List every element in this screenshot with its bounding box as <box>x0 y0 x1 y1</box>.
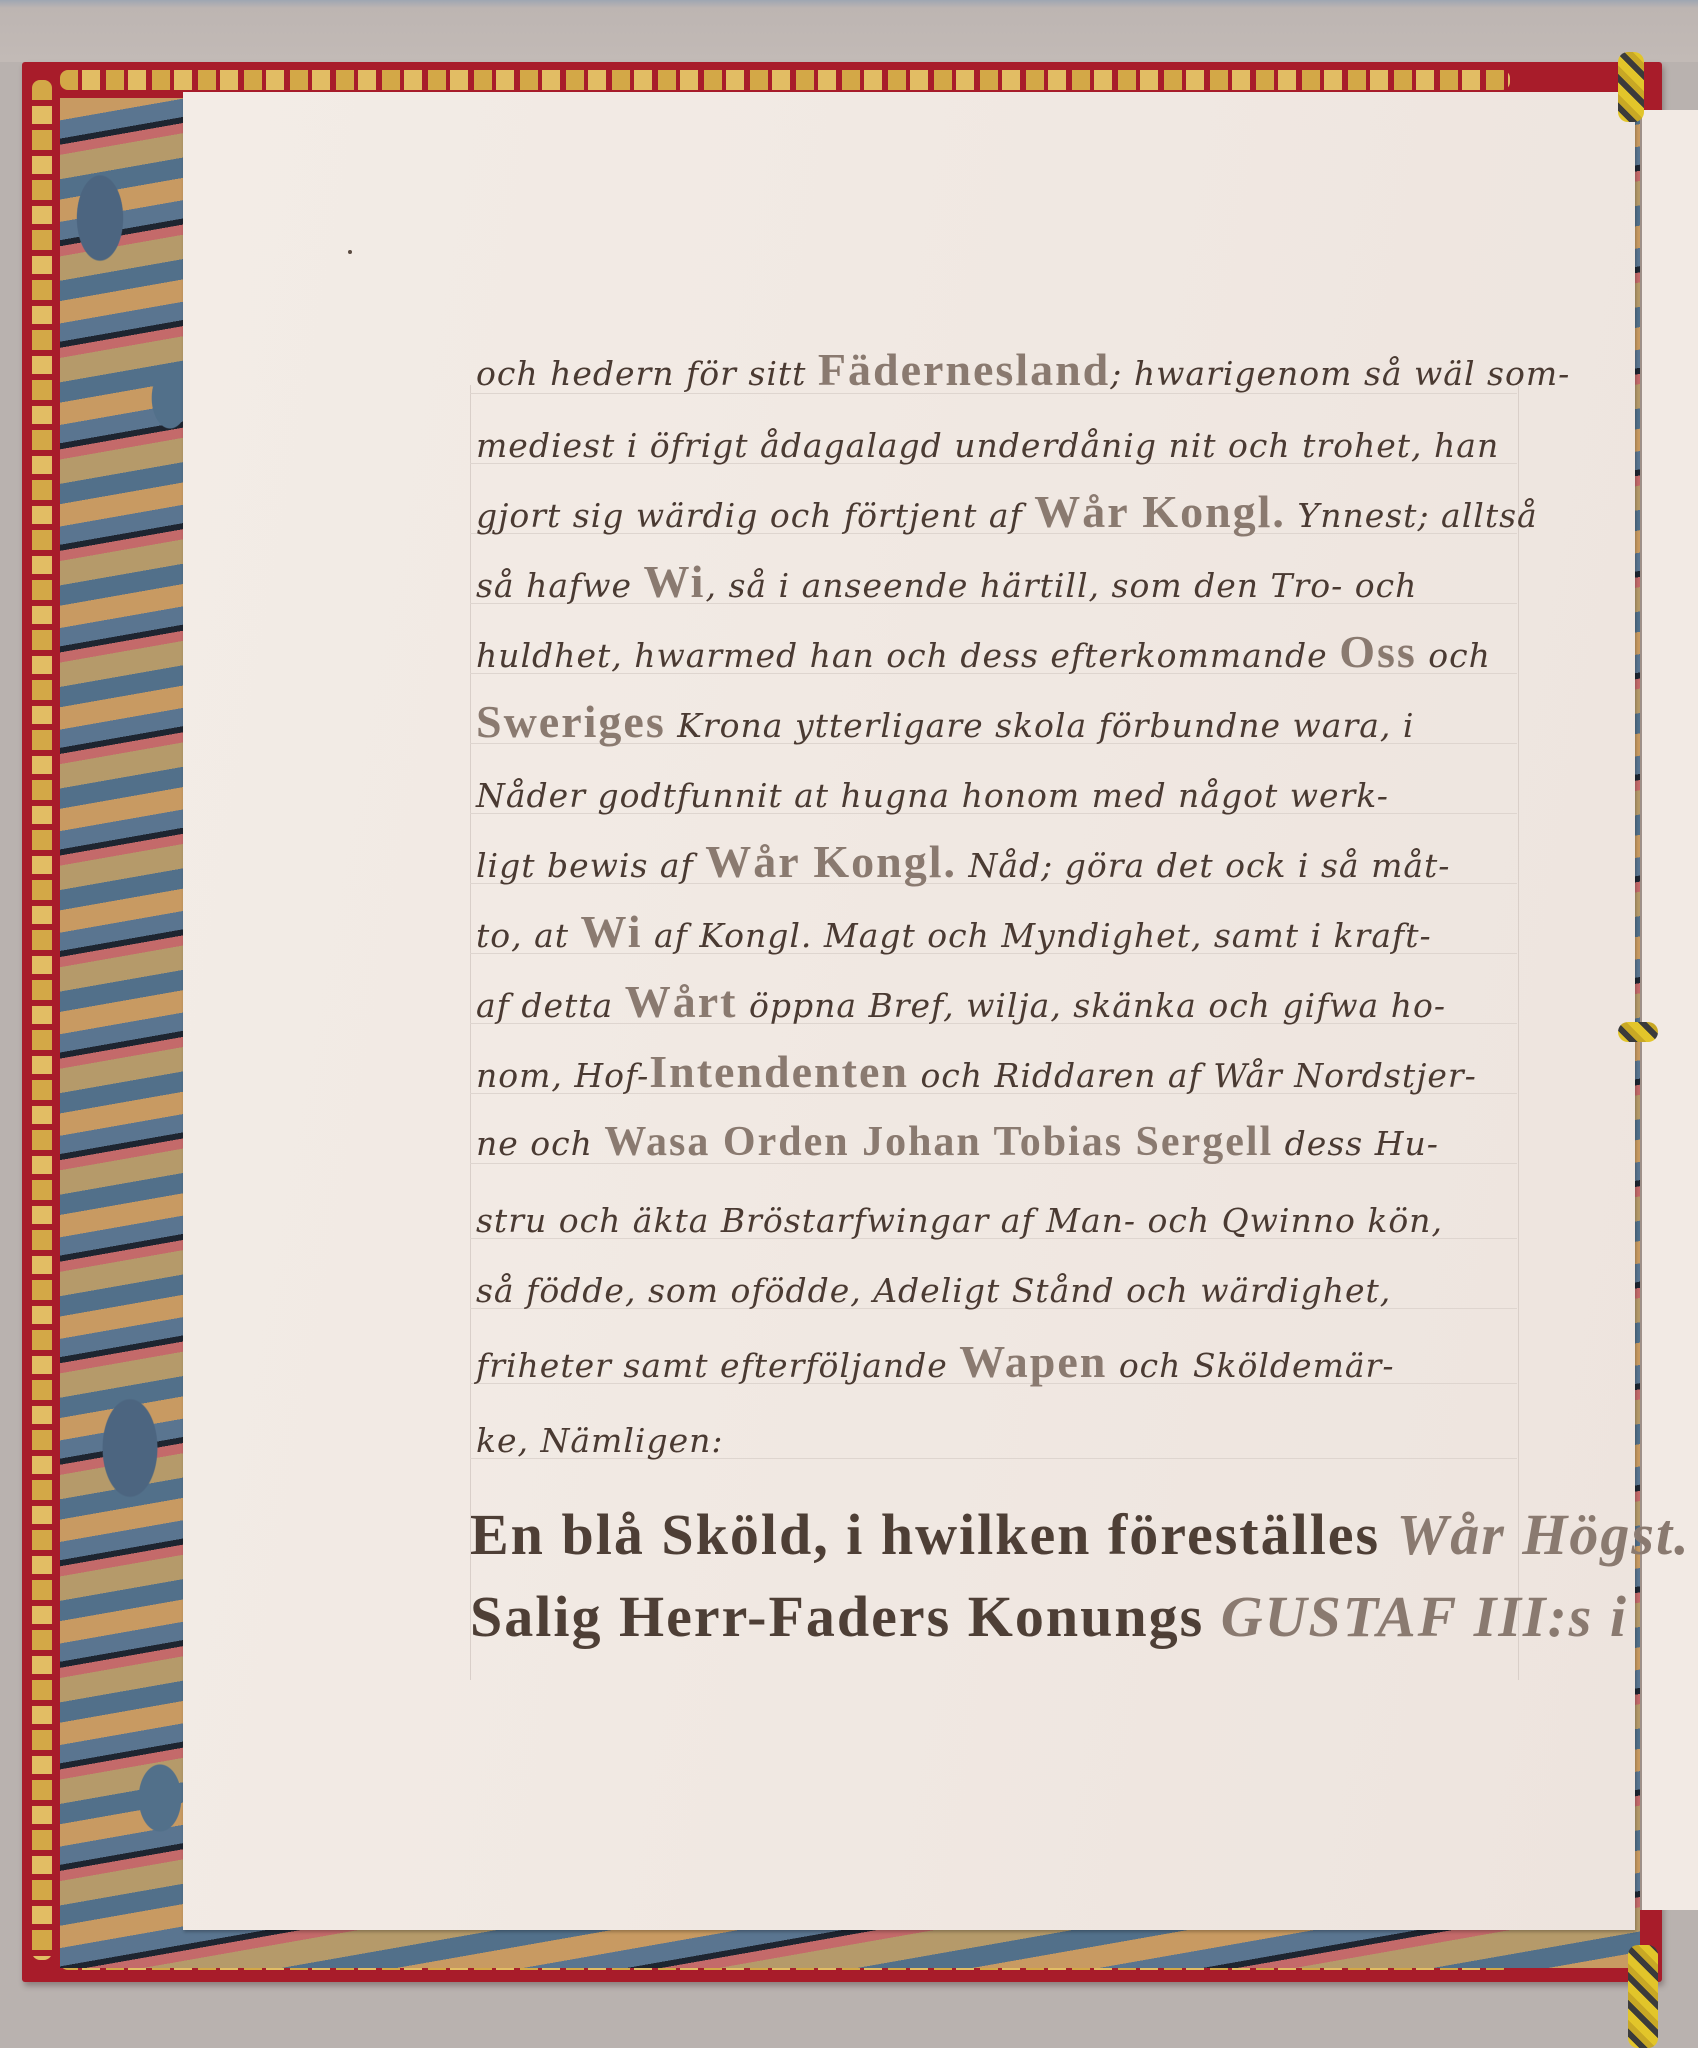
text-line: huldhet, hwarmed han och dess efterkomma… <box>476 632 1516 676</box>
silk-cord-top <box>1618 52 1644 122</box>
text-line: nom, Hof-Intendenten och Riddaren af Wår… <box>476 1052 1516 1096</box>
silk-cord-middle <box>1618 1022 1658 1042</box>
text-line: ne och Wasa Orden Johan Tobias Sergell d… <box>476 1122 1516 1164</box>
blazon-line: Salig Herr-Faders Konungs GUSTAF III:s i <box>470 1582 1628 1652</box>
text-line: ke, Nämligen: <box>476 1417 1516 1461</box>
text-line: Sweriges Krona ytterligare skola förbund… <box>476 702 1516 746</box>
text-line: friheter samt efterföljande Wapen och Sk… <box>476 1342 1516 1386</box>
ink-speck <box>348 250 352 254</box>
text-line: så hafwe Wi, så i anseende härtill, som … <box>476 562 1516 606</box>
text-line: stru och äkta Bröstarfwingar af Man- och… <box>476 1197 1516 1241</box>
gilt-border-left <box>32 80 52 1960</box>
text-line: af detta Wårt öppna Bref, wilja, skänka … <box>476 982 1516 1026</box>
gilt-border-top <box>60 70 1510 90</box>
text-line: Nåder godtfunnit at hugna honom med någo… <box>476 772 1516 816</box>
silk-cord-bottom <box>1628 1945 1658 2048</box>
text-line: ligt bewis af Wår Kongl. Nåd; göra det o… <box>476 842 1516 886</box>
scan-background <box>0 0 1698 62</box>
text-line: så födde, som ofödde, Adeligt Stånd och … <box>476 1267 1516 1311</box>
text-line: to, at Wi af Kongl. Magt och Myndighet, … <box>476 912 1516 956</box>
blazon-line: En blå Sköld, i hwilken föreställes Wår … <box>470 1500 1691 1570</box>
text-line: mediest i öfrigt ådagalagd underdånig ni… <box>476 422 1516 466</box>
text-line: gjort sig wärdig och förtjent af Wår Kon… <box>476 492 1516 536</box>
text-line: och hedern för sitt Fädernesland; hwarig… <box>476 350 1516 394</box>
facing-page-edge <box>1640 110 1698 1910</box>
